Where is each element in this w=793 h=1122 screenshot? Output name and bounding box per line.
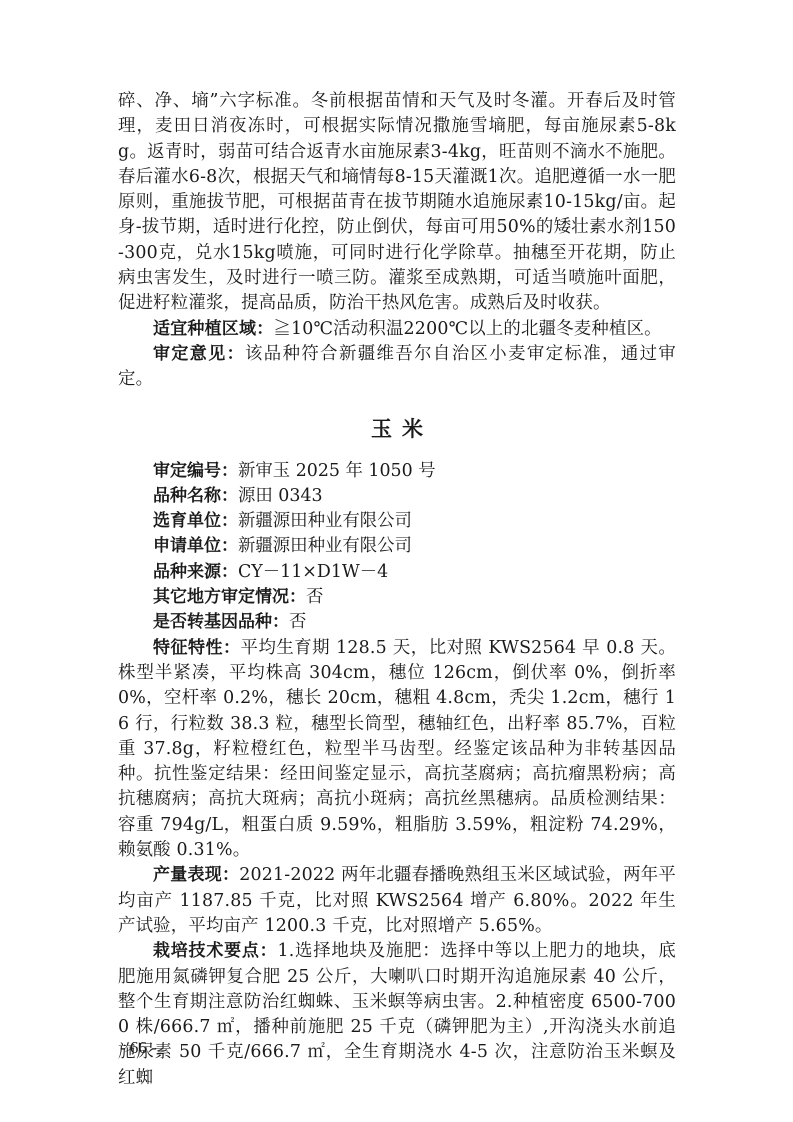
maize-fields: 审定编号：新审玉 2025 年 1050 号 品种名称：源田 0343 选育单位… <box>118 459 676 636</box>
suitable-area-label: 适宜种植区域： <box>153 319 273 339</box>
field-value: CY－11×D1W－4 <box>238 562 388 582</box>
wheat-approval-opinion: 审定意见：该品种符合新疆维吾尔自治区小麦审定标准，通过审定。 <box>118 342 676 393</box>
field-applicant-unit: 申请单位：新疆源田种业有限公司 <box>118 534 676 559</box>
field-label: 是否转基因品种： <box>153 612 289 632</box>
field-label: 其它地方审定情况： <box>153 587 306 607</box>
field-label: 品种来源： <box>153 562 238 582</box>
section-title-maize: 玉米 <box>118 393 676 459</box>
cultivation-value: 1.选择地块及施肥：选择中等以上肥力的地块，底肥施用氮磷钾复合肥 25 公斤，大… <box>118 941 676 1087</box>
field-variety-source: 品种来源：CY－11×D1W－4 <box>118 560 676 585</box>
field-value: 新疆源田种业有限公司 <box>238 536 412 556</box>
field-label: 品种名称： <box>153 486 238 506</box>
field-breeding-unit: 选育单位：新疆源田种业有限公司 <box>118 509 676 534</box>
field-other-approval: 其它地方审定情况：否 <box>118 585 676 610</box>
maize-yield-performance: 产量表现：2021-2022 两年北疆春播晚熟组玉米区域试验，两年平均亩产 11… <box>118 863 676 939</box>
characteristics-value: 平均生育期 128.5 天，比对照 KWS2564 早 0.8 天。株型半紧凑，… <box>118 638 676 860</box>
field-approval-number: 审定编号：新审玉 2025 年 1050 号 <box>118 459 676 484</box>
wheat-suitable-area: 适宜种植区域：≧10℃活动积温2200℃以上的北疆冬麦种植区。 <box>118 317 676 342</box>
field-value: 否 <box>306 587 323 607</box>
field-transgenic: 是否转基因品种：否 <box>118 610 676 635</box>
page-number: - 66 - <box>120 1038 157 1058</box>
characteristics-label: 特征特性： <box>153 638 241 658</box>
suitable-area-value: ≧10℃活动积温2200℃以上的北疆冬麦种植区。 <box>273 319 661 339</box>
approval-opinion-label: 审定意见： <box>153 344 245 364</box>
document-page: 碎、净、墒”六字标准。冬前根据苗情和天气及时冬灌。开春后及时管理，麦田日消夜冻时… <box>118 89 676 1091</box>
wheat-cultivation-text: 碎、净、墒”六字标准。冬前根据苗情和天气及时冬灌。开春后及时管理，麦田日消夜冻时… <box>118 89 676 317</box>
yield-label: 产量表现： <box>153 865 239 885</box>
field-value: 新疆源田种业有限公司 <box>238 511 412 531</box>
maize-characteristics: 特征特性：平均生育期 128.5 天，比对照 KWS2564 早 0.8 天。株… <box>118 636 676 864</box>
field-label: 审定编号： <box>153 461 238 481</box>
field-label: 选育单位： <box>153 511 238 531</box>
field-value: 新审玉 2025 年 1050 号 <box>238 461 436 481</box>
field-value: 否 <box>289 612 306 632</box>
field-value: 源田 0343 <box>238 486 323 506</box>
field-variety-name: 品种名称：源田 0343 <box>118 484 676 509</box>
cultivation-label: 栽培技术要点： <box>153 941 277 961</box>
field-label: 申请单位： <box>153 536 238 556</box>
maize-cultivation-points: 栽培技术要点：1.选择地块及施肥：选择中等以上肥力的地块，底肥施用氮磷钾复合肥 … <box>118 939 676 1091</box>
